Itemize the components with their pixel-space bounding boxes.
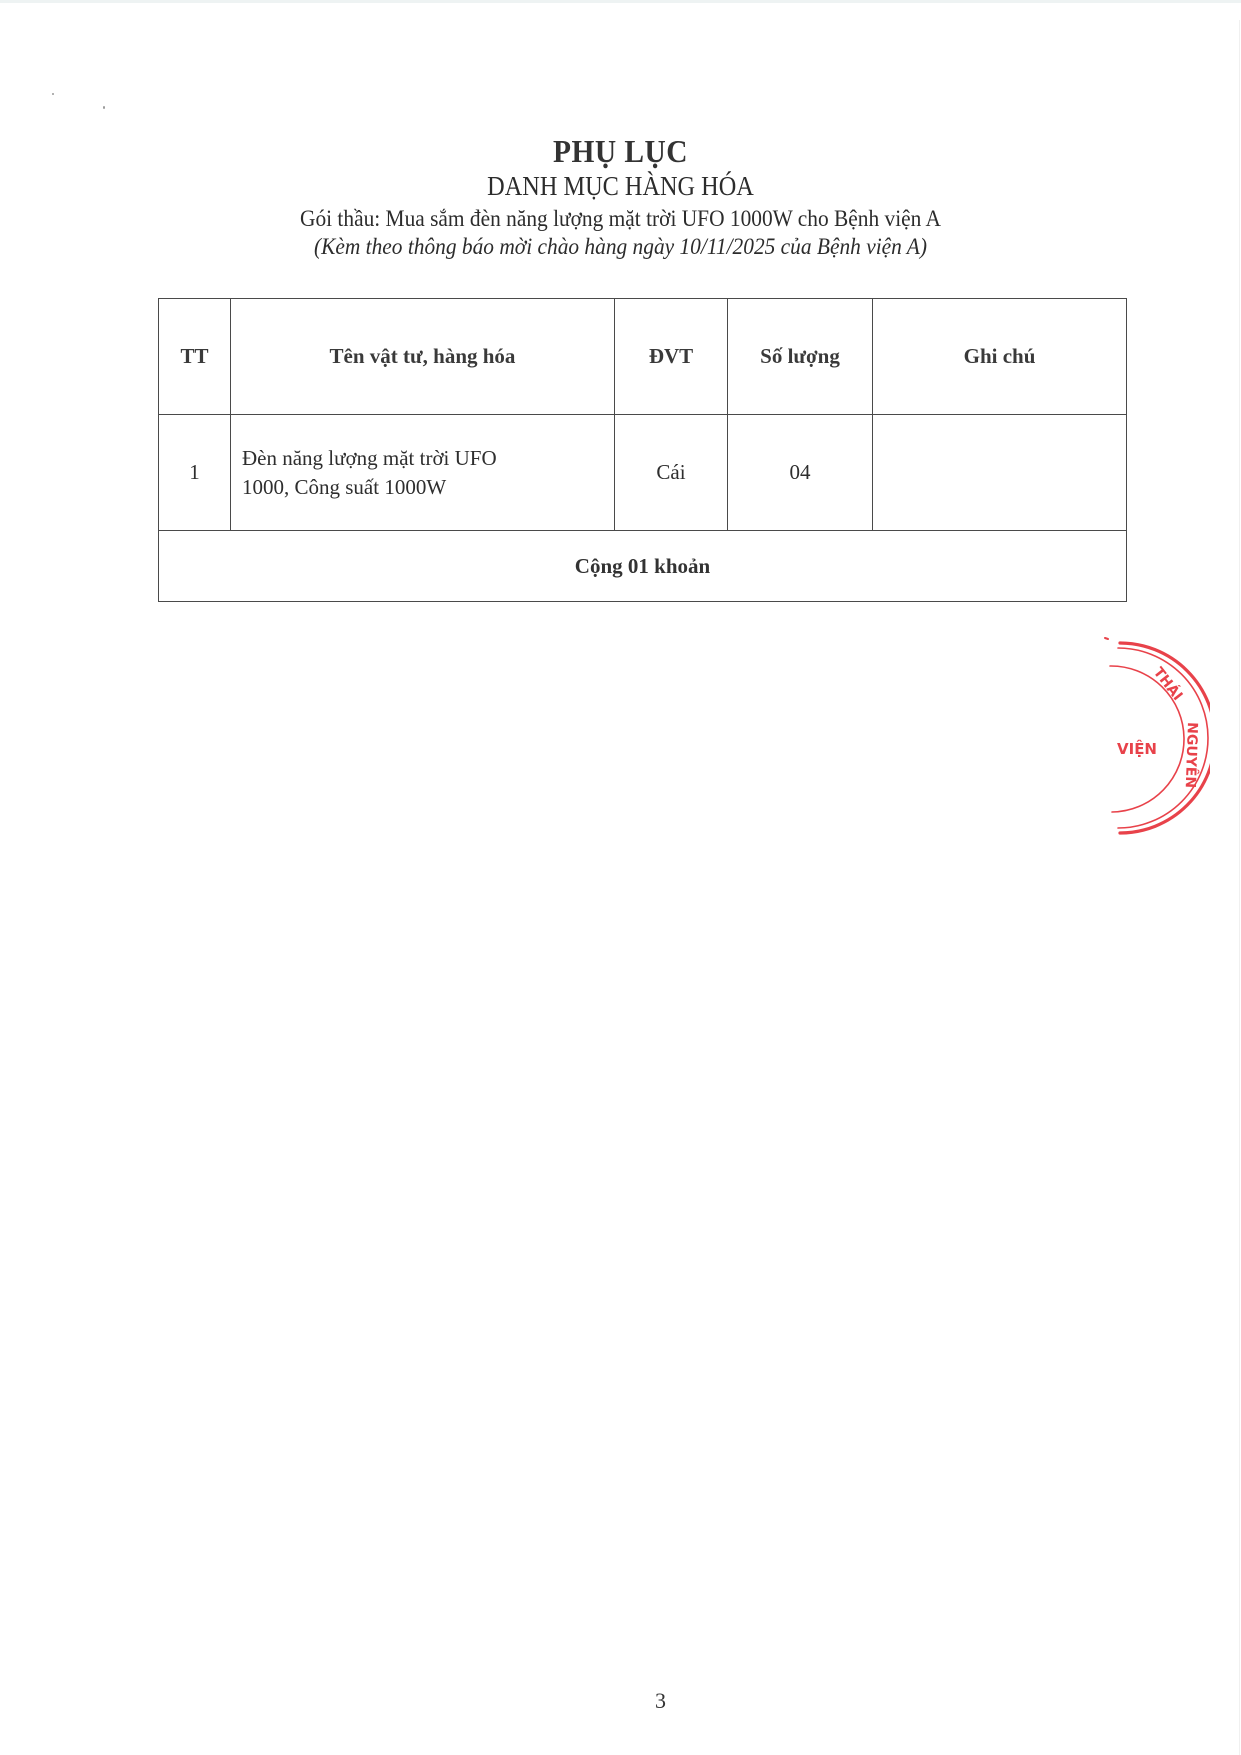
column-header-item-name: Tên vật tư, hàng hóa	[231, 299, 615, 415]
table-header-row: TT Tên vật tư, hàng hóa ĐVT Số lượng Ghi…	[159, 299, 1127, 415]
item-name-line-2: 1000, Công suất 1000W	[242, 475, 446, 499]
scan-edge-right	[1239, 20, 1240, 1755]
column-header-tt: TT	[159, 299, 231, 415]
page-title: PHỤ LỤC	[50, 133, 1192, 170]
attached-note: (Kèm theo thông báo mời chào hàng ngày 1…	[43, 234, 1197, 260]
page-number: 3	[0, 1688, 1241, 1714]
table-row: 1 Đèn năng lượng mặt trời UFO 1000, Công…	[159, 415, 1127, 531]
cell-item-name: Đèn năng lượng mặt trời UFO 1000, Công s…	[231, 415, 615, 531]
scan-edge-top	[0, 0, 1241, 3]
cell-tt: 1	[159, 415, 231, 531]
stamp-text-center: VIỆN	[1117, 738, 1157, 758]
scan-speck	[52, 93, 54, 95]
column-header-unit: ĐVT	[615, 299, 728, 415]
column-header-quantity: Số lượng	[728, 299, 873, 415]
package-line: Gói thầu: Mua sắm đèn năng lượng mặt trờ…	[43, 206, 1197, 232]
goods-table: TT Tên vật tư, hàng hóa ĐVT Số lượng Ghi…	[158, 298, 1127, 602]
red-seal-stamp-icon: THÁI NGUYÊN VIỆN	[1010, 636, 1210, 836]
column-header-note: Ghi chú	[873, 299, 1127, 415]
total-label: Cộng 01 khoản	[159, 531, 1127, 602]
stamp-text-side: NGUYÊN	[1182, 722, 1201, 789]
cell-quantity: 04	[728, 415, 873, 531]
table-total-row: Cộng 01 khoản	[159, 531, 1127, 602]
cell-note	[873, 415, 1127, 531]
stamp-text-top: THÁI	[1150, 664, 1186, 704]
item-name-line-1: Đèn năng lượng mặt trời UFO	[242, 446, 497, 470]
page-subtitle: DANH MỤC HÀNG HÓA	[62, 171, 1179, 202]
cell-unit: Cái	[615, 415, 728, 531]
scan-speck	[103, 106, 105, 109]
